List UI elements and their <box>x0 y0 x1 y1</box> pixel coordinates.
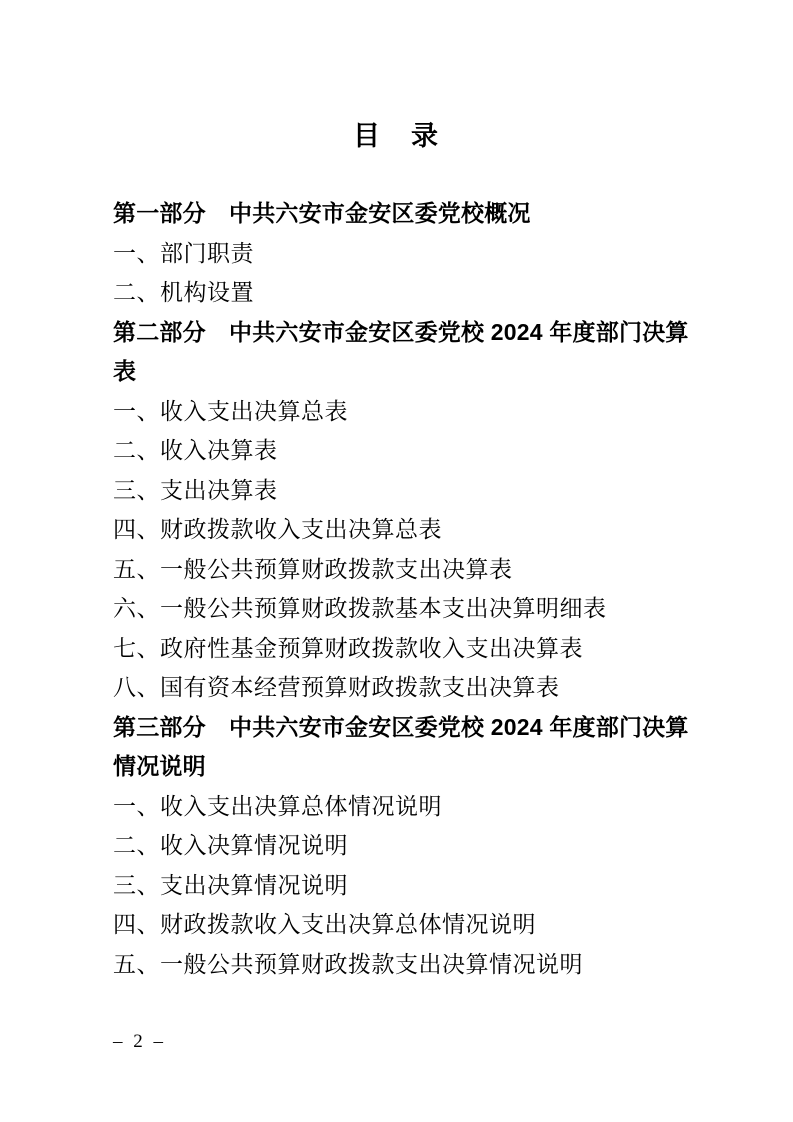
toc-item: 三、支出决算情况说明 <box>113 866 683 906</box>
toc-item: 五、一般公共预算财政拨款支出决算表 <box>113 550 683 590</box>
toc-item: 二、收入决算表 <box>113 431 683 471</box>
toc-section-heading-part3: 第三部分 中共六安市金安区委党校 2024 年度部门决算 <box>113 708 683 748</box>
toc-item: 一、收入支出决算总体情况说明 <box>113 787 683 827</box>
toc-section-heading-part2: 第二部分 中共六安市金安区委党校 2024 年度部门决算 <box>113 313 683 353</box>
toc-section-heading-part2-wrap: 表 <box>113 352 683 392</box>
toc-item: 三、支出决算表 <box>113 471 683 511</box>
toc-item: 五、一般公共预算财政拨款支出决算情况说明 <box>113 945 683 985</box>
toc-item: 一、收入支出决算总表 <box>113 392 683 432</box>
toc-section-heading-part1: 第一部分 中共六安市金安区委党校概况 <box>113 194 683 234</box>
toc-item: 四、财政拨款收入支出决算总表 <box>113 510 683 550</box>
table-of-contents: 第一部分 中共六安市金安区委党校概况 一、部门职责 二、机构设置 第二部分 中共… <box>113 194 683 984</box>
toc-item: 二、收入决算情况说明 <box>113 826 683 866</box>
toc-item: 四、财政拨款收入支出决算总体情况说明 <box>113 905 683 945</box>
toc-item: 八、国有资本经营预算财政拨款支出决算表 <box>113 668 683 708</box>
toc-item: 七、政府性基金预算财政拨款收入支出决算表 <box>113 629 683 669</box>
page-title: 目 录 <box>0 116 793 156</box>
page-number: – 2 – <box>113 1030 166 1054</box>
toc-item: 一、部门职责 <box>113 234 683 274</box>
document-page: 目 录 第一部分 中共六安市金安区委党校概况 一、部门职责 二、机构设置 第二部… <box>0 0 793 1122</box>
toc-section-heading-part3-wrap: 情况说明 <box>113 747 683 787</box>
toc-item: 二、机构设置 <box>113 273 683 313</box>
toc-item: 六、一般公共预算财政拨款基本支出决算明细表 <box>113 589 683 629</box>
